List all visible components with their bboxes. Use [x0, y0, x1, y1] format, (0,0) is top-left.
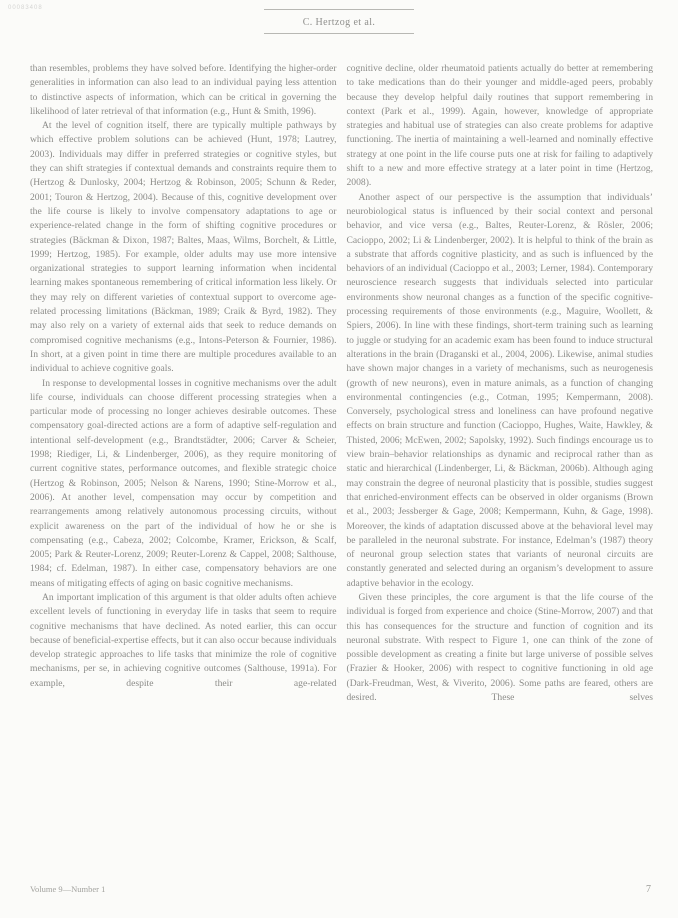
- paragraph: In response to developmental losses in c…: [30, 377, 337, 591]
- two-column-body: than resembles, problems they have solve…: [30, 62, 653, 705]
- journal-page: 00083408 C. Hertzog et al. than resemble…: [0, 0, 678, 918]
- running-head-title: C. Hertzog et al.: [303, 17, 376, 28]
- paragraph: Another aspect of our perspective is the…: [347, 191, 654, 591]
- paragraph: At the level of cognition itself, there …: [30, 119, 337, 376]
- left-column: than resembles, problems they have solve…: [30, 62, 337, 705]
- running-head-rule-box: C. Hertzog et al.: [264, 9, 414, 34]
- right-column: cognitive decline, older rheumatoid pati…: [347, 62, 654, 705]
- paragraph: cognitive decline, older rheumatoid pati…: [347, 62, 654, 191]
- paragraph: An important implication of this argumen…: [30, 591, 337, 691]
- running-head: C. Hertzog et al.: [0, 9, 678, 34]
- page-number: 7: [646, 884, 651, 895]
- paragraph: Given these principles, the core argumen…: [347, 591, 654, 705]
- paragraph: than resembles, problems they have solve…: [30, 62, 337, 119]
- page-footer: Volume 9—Number 1 7: [30, 884, 651, 895]
- volume-label: Volume 9—Number 1: [30, 884, 105, 895]
